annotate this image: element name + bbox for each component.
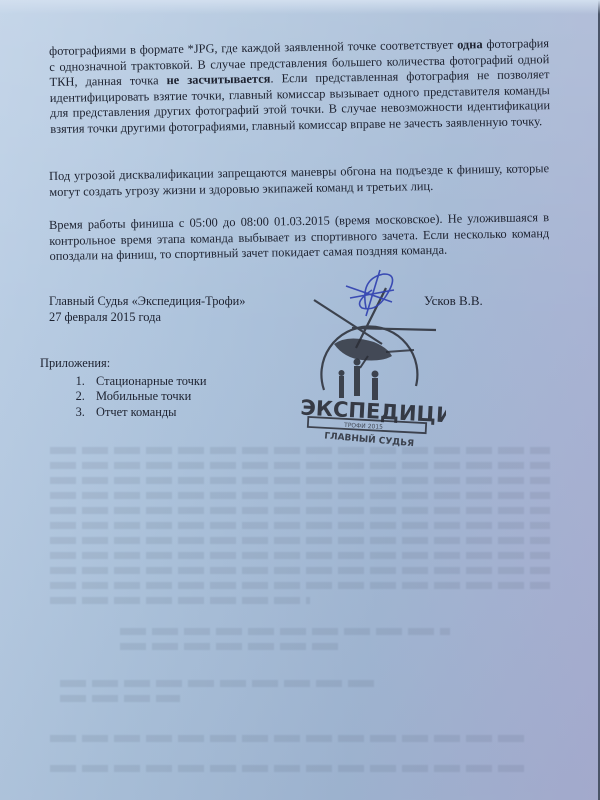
attachment-item: Стационарные точки: [88, 374, 207, 390]
bold-emphasis: одна: [457, 37, 483, 51]
signer-title: Главный Судья «Экспедиция-Трофи»: [49, 294, 246, 310]
attachments-heading: Приложения:: [40, 356, 207, 372]
attachment-item: Мобильные точки: [88, 389, 207, 405]
attachment-item: Отчет команды: [88, 405, 207, 421]
paragraph-overtaking-ban: Под угрозой дисквалификации запрещаются …: [49, 161, 549, 200]
paragraph-photo-rules: фотографиями в формате *JPG, где каждой …: [49, 36, 550, 137]
attachments-list: Стационарные точки Мобильные точки Отчет…: [40, 374, 207, 421]
paragraph-finish-time: Время работы финиша с 05:00 до 08:00 01.…: [49, 210, 550, 265]
signature-block: Главный Судья «Экспедиция-Трофи» 27 февр…: [49, 294, 246, 325]
bold-emphasis: не засчитывается: [166, 72, 270, 88]
attachments-section: Приложения: Стационарные точки Мобильные…: [40, 356, 207, 420]
stamp-emblem-icon: ЭКСПЕДИЦИЯ ТРОФИ 2015 ГЛАВНЫЙ СУДЬЯ: [296, 268, 446, 448]
document-page: фотографиями в формате *JPG, где каждой …: [0, 0, 600, 800]
official-stamp: ЭКСПЕДИЦИЯ ТРОФИ 2015 ГЛАВНЫЙ СУДЬЯ: [296, 268, 446, 448]
signature-date: 27 февраля 2015 года: [49, 310, 246, 326]
page-fold-shadow: [0, 0, 600, 14]
